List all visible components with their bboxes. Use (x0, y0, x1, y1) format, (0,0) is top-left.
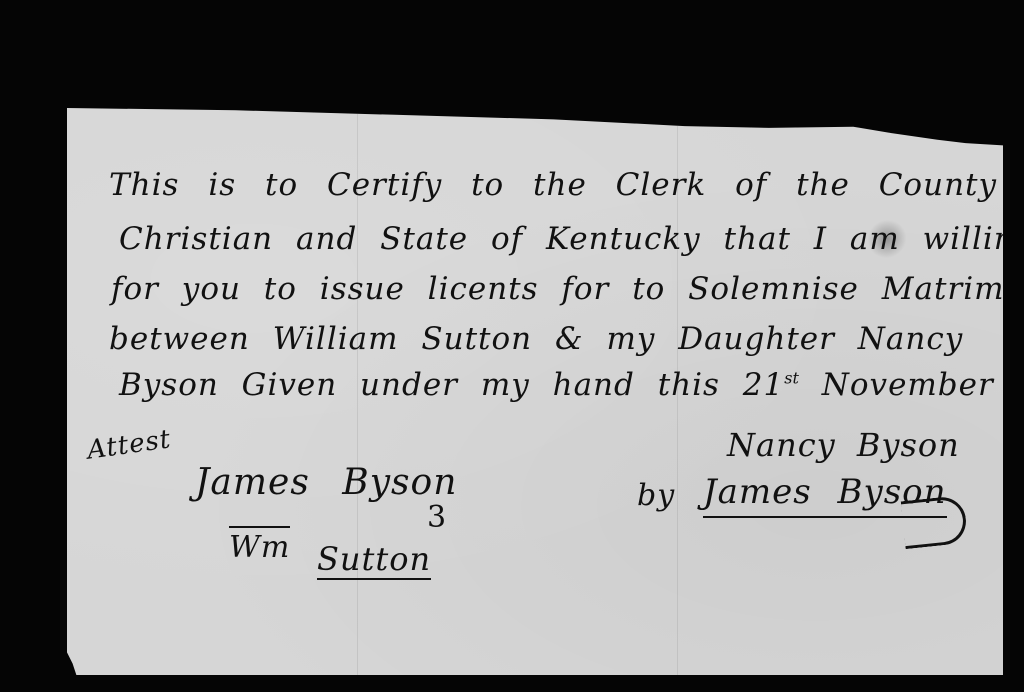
date-day-superscript: st (784, 369, 799, 388)
scan-viewport: This is to Certify to the Clerk of the C… (0, 0, 1024, 692)
signer-by-label: by (637, 478, 675, 513)
signer-signature-nancy-byson: Nancy Byson (727, 426, 960, 464)
body-line-2: Christian and State of Kentucky that I a… (119, 224, 1024, 255)
attest-label: Attest (85, 424, 173, 465)
body-line-5-text: Byson Given under my hand this 21 (119, 367, 784, 403)
witness-signature-james-byson: James Byson (195, 462, 457, 503)
body-line-4: between William Sutton & my Daughter Nan… (109, 324, 963, 355)
witness-signature-sutton: Sutton (317, 540, 431, 580)
signature-flourish (901, 495, 969, 549)
body-line-3: for you to issue licents for to Solemnis… (111, 274, 1024, 305)
date-month-year: November 1842 (822, 367, 1024, 403)
body-line-1: This is to Certify to the Clerk of the C… (109, 170, 1024, 201)
body-line-5-date: Byson Given under my hand this 21st Nove… (119, 370, 1024, 401)
witness-mark: 3 (427, 500, 447, 535)
witness-signature-wm: Wm (229, 526, 290, 565)
document-paper: This is to Certify to the Clerk of the C… (67, 108, 1003, 675)
